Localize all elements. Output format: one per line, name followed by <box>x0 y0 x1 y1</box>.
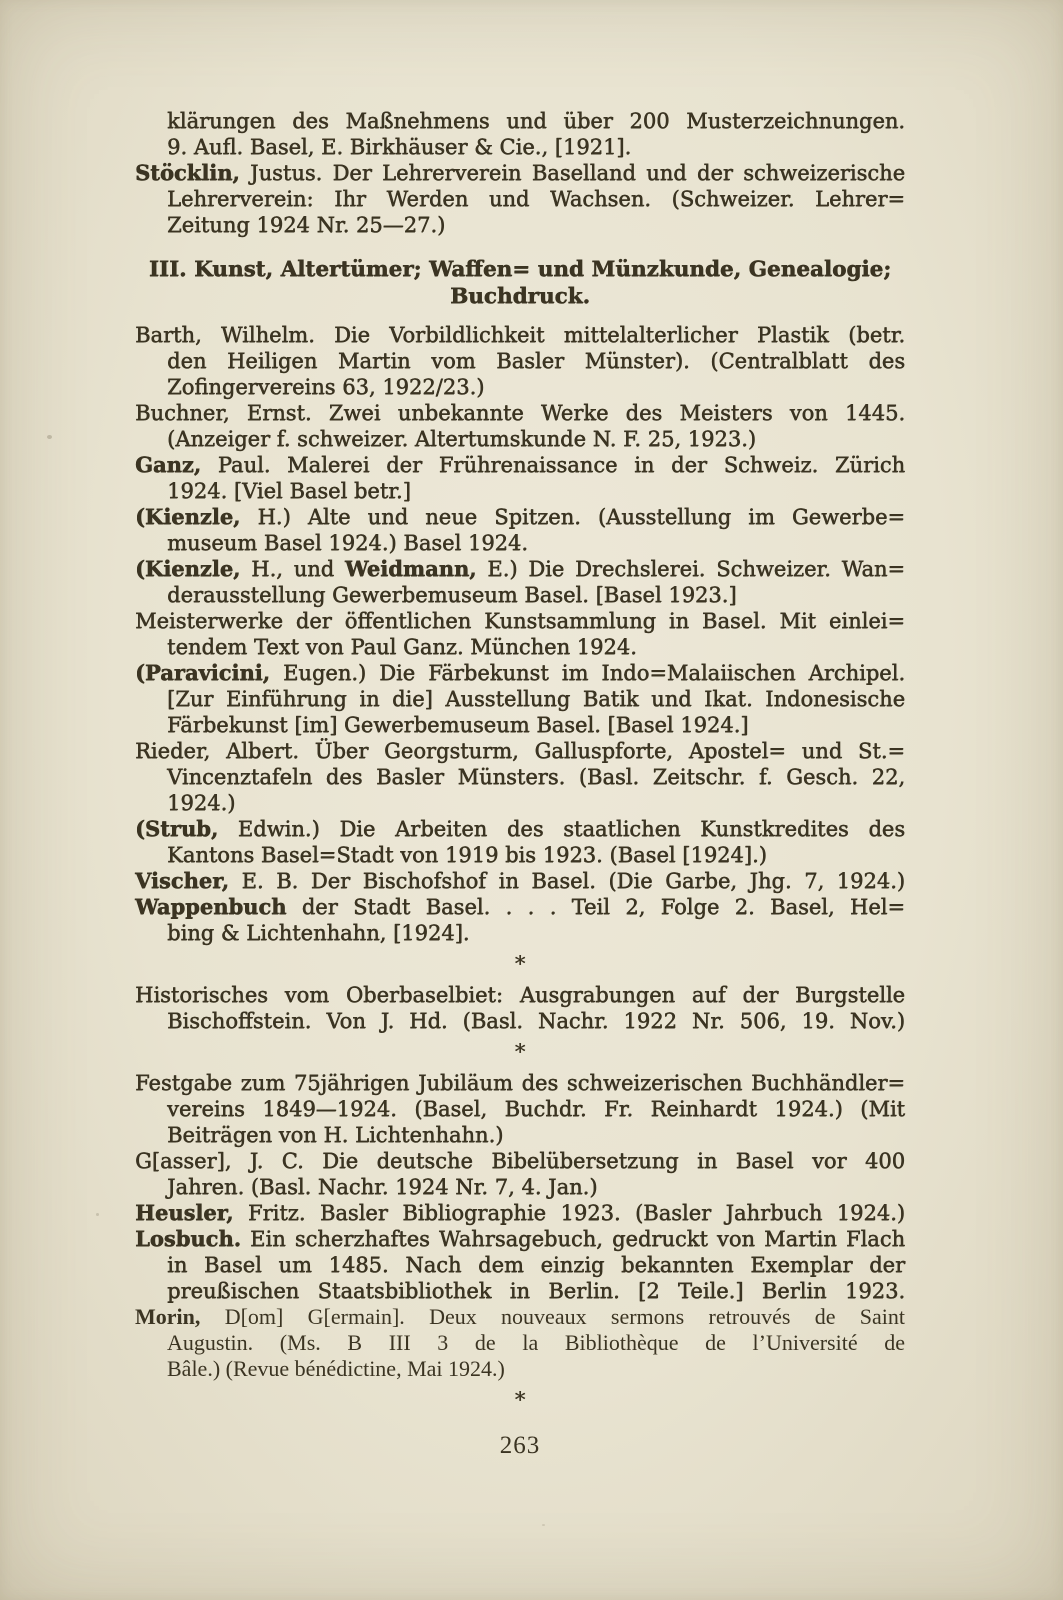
entry-line: bing & Lichtenhahn, [1924]. <box>135 920 905 946</box>
entry-line: 1924. [Viel Basel betr.] <box>135 478 905 504</box>
entry-line: den Heiligen Martin vom Basler Münster).… <box>135 348 905 374</box>
bibliography-entry: Ganz, Paul. Malerei der Frührenaissance … <box>135 452 905 504</box>
entry-line: in Basel um 1485. Nach dem einzig bekann… <box>135 1252 905 1278</box>
bibliography-entry: G[asser], J. C. Die deutsche Bibelüberse… <box>135 1148 905 1200</box>
bibliography-entry: Morin, D[om] G[ermain]. Deux nouveaux se… <box>135 1304 905 1382</box>
entry-line: G[asser], J. C. Die deutsche Bibelüberse… <box>135 1148 905 1174</box>
entry-line: Ganz, Paul. Malerei der Frührenaissance … <box>135 452 905 478</box>
section-separator-asterisk: * <box>135 1039 905 1065</box>
bibliography-entry: Wappenbuch der Stadt Basel. . . . Teil 2… <box>135 894 905 946</box>
entry-line: Stöcklin, Justus. Der Lehrerverein Basel… <box>135 160 905 186</box>
entry-line: (Kienzle, H., und Weidmann, E.) Die Drec… <box>135 556 905 582</box>
entry-line: (Kienzle, H.) Alte und neue Spitzen. (Au… <box>135 504 905 530</box>
entry-line: Festgabe zum 75jährigen Jubiläum des sch… <box>135 1070 905 1096</box>
entry-line: Buchner, Ernst. Zwei unbekannte Werke de… <box>135 400 905 426</box>
entry-line: Morin, D[om] G[ermain]. Deux nouveaux se… <box>135 1304 905 1330</box>
scan-speck <box>542 1524 545 1526</box>
section-separator-asterisk: * <box>135 1387 905 1413</box>
entry-line: Rieder, Albert. Über Georgsturm, Gallusp… <box>135 738 905 764</box>
bibliography-entry: Historisches vom Oberbaselbiet: Ausgrabu… <box>135 982 905 1034</box>
bibliography-entry: Vischer, E. B. Der Bischofshof in Basel.… <box>135 868 905 894</box>
entry-line: Lehrerverein: Ihr Werden und Wachsen. (S… <box>135 186 905 212</box>
entry-line: Jahren. (Basl. Nachr. 1924 Nr. 7, 4. Jan… <box>135 1174 905 1200</box>
scan-speck <box>47 435 52 439</box>
entry-line: (Anzeiger f. schweizer. Altertumskunde N… <box>135 426 905 452</box>
heading-line: III. Kunst, Altertümer; Waffen= und Münz… <box>135 256 905 283</box>
entry-line: Vischer, E. B. Der Bischofshof in Basel.… <box>135 868 905 894</box>
entry-line: Barth, Wilhelm. Die Vorbildlichkeit mitt… <box>135 322 905 348</box>
entry-line: Färbekunst [im] Gewerbemuseum Basel. [Ba… <box>135 712 905 738</box>
bibliography-entry: Heusler, Fritz. Basler Bibliographie 192… <box>135 1200 905 1226</box>
entry-line: Heusler, Fritz. Basler Bibliographie 192… <box>135 1200 905 1226</box>
scanned-page: klärungen des Maßnehmens und über 200 Mu… <box>0 0 1063 1600</box>
entry-line: vereins 1849—1924. (Basel, Buchdr. Fr. R… <box>135 1096 905 1122</box>
scan-speck <box>96 1213 99 1216</box>
entry-line: museum Basel 1924.) Basel 1924. <box>135 530 905 556</box>
entry-line: Historisches vom Oberbaselbiet: Ausgrabu… <box>135 982 905 1008</box>
section-separator-asterisk: * <box>135 951 905 977</box>
bibliography-entry: klärungen des Maßnehmens und über 200 Mu… <box>135 108 905 160</box>
entry-line: 1924.) <box>135 790 905 816</box>
bibliography-entry: Buchner, Ernst. Zwei unbekannte Werke de… <box>135 400 905 452</box>
bibliography-entry: Festgabe zum 75jährigen Jubiläum des sch… <box>135 1070 905 1148</box>
entry-line: Meisterwerke der öffentlichen Kunstsamml… <box>135 608 905 634</box>
entry-line: Bischoffstein. Von J. Hd. (Basl. Nachr. … <box>135 1008 905 1034</box>
entry-line: [Zur Einführung in die] Ausstellung Bati… <box>135 686 905 712</box>
heading-line: Buchdruck. <box>135 283 905 310</box>
bibliography-entry: Meisterwerke der öffentlichen Kunstsamml… <box>135 608 905 660</box>
bibliography-entry: (Kienzle, H.) Alte und neue Spitzen. (Au… <box>135 504 905 556</box>
entry-line: klärungen des Maßnehmens und über 200 Mu… <box>135 108 905 134</box>
entry-line: (Paravicini, Eugen.) Die Färbekunst im I… <box>135 660 905 686</box>
entry-line: Vincenztafeln des Basler Münsters. (Basl… <box>135 764 905 790</box>
entry-line: 9. Aufl. Basel, E. Birkhäuser & Cie., [1… <box>135 134 905 160</box>
bibliography-list: klärungen des Maßnehmens und über 200 Mu… <box>135 108 905 1413</box>
entry-line: Zeitung 1924 Nr. 25—27.) <box>135 212 905 238</box>
bibliography-entry: Rieder, Albert. Über Georgsturm, Gallusp… <box>135 738 905 816</box>
section-heading: III. Kunst, Altertümer; Waffen= und Münz… <box>135 256 905 310</box>
entry-line: Losbuch. Ein scherzhaftes Wahrsagebuch, … <box>135 1226 905 1252</box>
bibliography-entry: (Paravicini, Eugen.) Die Färbekunst im I… <box>135 660 905 738</box>
page-number: 263 <box>135 1431 905 1461</box>
entry-line: Zofingervereins 63, 1922/23.) <box>135 374 905 400</box>
bibliography-entry: Losbuch. Ein scherzhaftes Wahrsagebuch, … <box>135 1226 905 1304</box>
entry-line: tendem Text von Paul Ganz. München 1924. <box>135 634 905 660</box>
entry-line: preußischen Staatsbibliothek in Berlin. … <box>135 1278 905 1304</box>
bibliography-entry: Barth, Wilhelm. Die Vorbildlichkeit mitt… <box>135 322 905 400</box>
bibliography-entry: (Kienzle, H., und Weidmann, E.) Die Drec… <box>135 556 905 608</box>
entry-line: (Strub, Edwin.) Die Arbeiten des staatli… <box>135 816 905 842</box>
entry-line: derausstellung Gewerbemuseum Basel. [Bas… <box>135 582 905 608</box>
bibliography-entry: (Strub, Edwin.) Die Arbeiten des staatli… <box>135 816 905 868</box>
text-block: klärungen des Maßnehmens und über 200 Mu… <box>135 108 905 1461</box>
bibliography-entry: Stöcklin, Justus. Der Lehrerverein Basel… <box>135 160 905 238</box>
entry-line: Kantons Basel=Stadt von 1919 bis 1923. (… <box>135 842 905 868</box>
entry-line: Beiträgen von H. Lichtenhahn.) <box>135 1122 905 1148</box>
entry-line: Augustin. (Ms. B III 3 de la Bibliothèqu… <box>135 1330 905 1356</box>
entry-line: Bâle.) (Revue bénédictine, Mai 1924.) <box>135 1356 905 1382</box>
entry-line: Wappenbuch der Stadt Basel. . . . Teil 2… <box>135 894 905 920</box>
